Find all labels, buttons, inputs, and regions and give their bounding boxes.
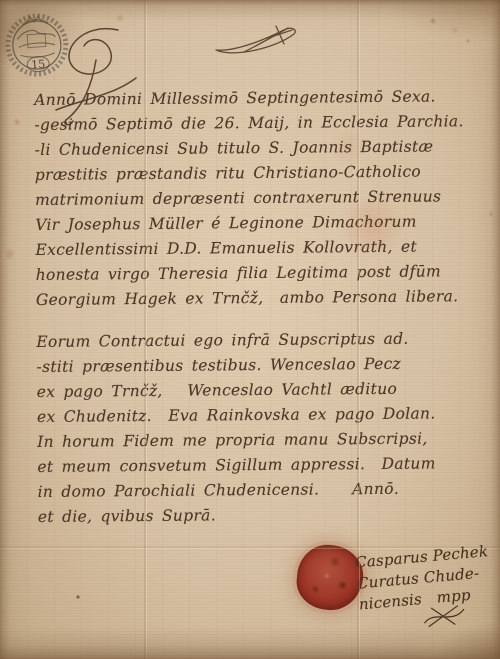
- letter-line: præstitis præstandis ritu Christiano-Cat…: [35, 163, 421, 184]
- signature-block: Casparus Pechek Curatus Chude- nicensis …: [354, 540, 500, 643]
- letter-line: Annō Domini Millessimō Septingentesimō S…: [34, 87, 436, 109]
- manuscript-page: 15 Annō Domini Millessimō Septingentesim…: [0, 0, 500, 659]
- fold-crease-vertical: [144, 0, 146, 659]
- letter-line: Vir Josephus Müller é Leginone Dimachoru…: [35, 213, 417, 234]
- letter-paragraph-1: Annō Domini Millessimō Septingentesimō S…: [34, 84, 482, 313]
- letter-line: et die, qvibus Suprā.: [38, 506, 216, 526]
- letter-line: matrimonium depræsenti contraxerunt Stre…: [35, 187, 441, 209]
- letter-line: Excellentissimi D.D. Emanuelis Kollovrat…: [35, 238, 417, 259]
- fold-crease-horizontal: [0, 546, 500, 548]
- invocation-cross-icon: [214, 22, 298, 58]
- letter-line: In horum Fidem me propria manu Subscrips…: [37, 430, 428, 451]
- letter-line: in domo Parochiali Chudenicensi. Annō.: [38, 480, 400, 501]
- letter-paragraph-2: Eorum Contractui ego infrā Supscriptus a…: [36, 326, 484, 530]
- letter-line: -stiti præsentibus testibus. Wenceslao P…: [36, 355, 401, 376]
- letter-line: ex pago Trnčž, Wenceslao Vachtl ædituo: [37, 380, 397, 401]
- letter-line: Eorum Contractui ego infrā Supscriptus a…: [36, 330, 408, 351]
- fold-crease-vertical: [357, 0, 359, 659]
- letter-line: honesta virgo Theresia filia Legitima po…: [36, 262, 441, 284]
- letter-line: et meum consvetum Sigillum appressi. Dat…: [37, 454, 435, 475]
- letter-line: -gesimō Septimō die 26. Maij, in Ecclesi…: [34, 112, 463, 134]
- letter-line: -li Chudenicensi Sub titulo S. Joannis B…: [35, 137, 434, 158]
- signature-paraph-icon: [421, 603, 467, 629]
- stamp-value: 15: [31, 58, 46, 72]
- letter-line: ex Chudenitz. Eva Rainkovska ex pago Dol…: [37, 404, 436, 425]
- letter-body: Annō Domini Millessimō Septingentesimō S…: [34, 84, 484, 530]
- letter-line: Georgium Hagek ex Trnčž, ambo Persona li…: [36, 287, 459, 309]
